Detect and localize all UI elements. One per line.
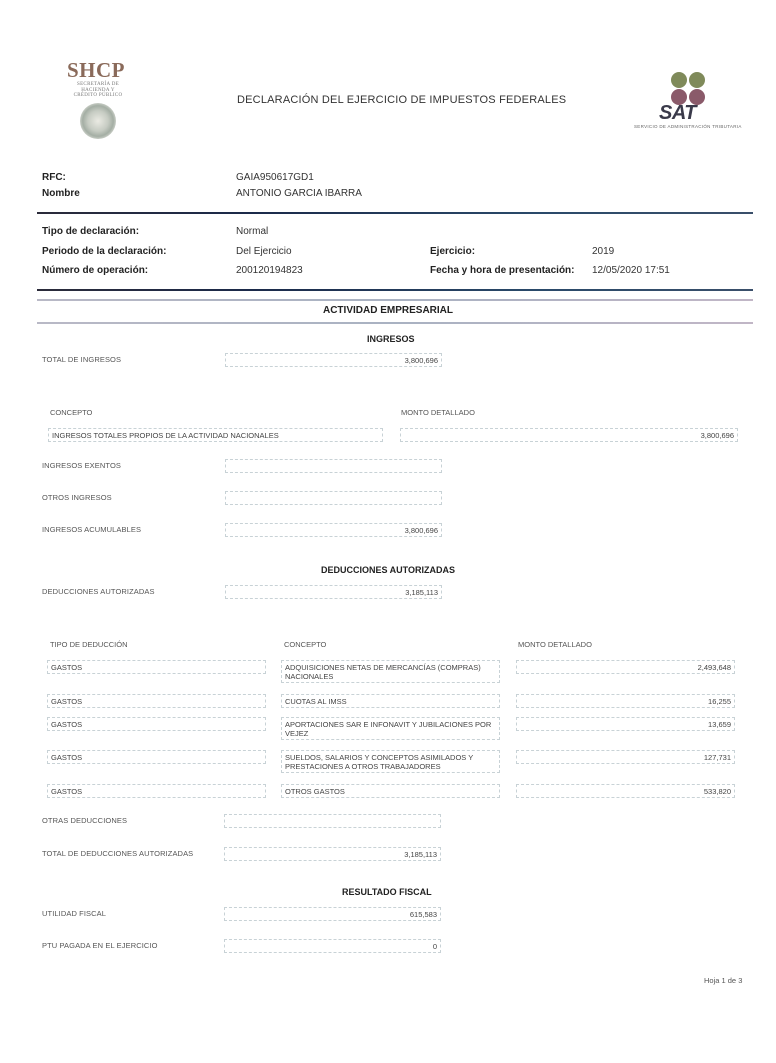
sat-logo-text: SAT xyxy=(659,102,696,125)
rfc-label: RFC: xyxy=(42,172,66,183)
divider xyxy=(37,289,753,291)
deduction-concept-field: OTROS GASTOS xyxy=(281,784,500,798)
submission-date-label: Fecha y hora de presentación: xyxy=(430,265,575,276)
deduction-amount-field: 533,820 xyxy=(516,784,735,798)
concept-header: CONCEPTO xyxy=(50,408,92,417)
deduction-amount-field: 16,255 xyxy=(516,694,735,708)
document-title: DECLARACIÓN DEL EJERCICIO DE IMPUESTOS F… xyxy=(237,94,566,106)
deduction-amount-header: MONTO DETALLADO xyxy=(518,640,592,649)
section-title: ACTIVIDAD EMPRESARIAL xyxy=(0,305,776,316)
deduction-type-field: GASTOS xyxy=(47,750,266,764)
name-label: Nombre xyxy=(42,188,80,199)
rfc-value: GAIA950617GD1 xyxy=(236,172,314,183)
fiscal-year-label: Ejercicio: xyxy=(430,246,475,257)
otras-deducciones-field xyxy=(224,814,441,828)
otros-ingresos-label: OTROS INGRESOS xyxy=(42,493,112,502)
deduction-amount-field: 13,659 xyxy=(516,717,735,731)
total-ingresos-field: 3,800,696 xyxy=(225,353,442,367)
operation-number-value: 200120194823 xyxy=(236,265,303,276)
shcp-logo-text: SHCP xyxy=(67,58,125,83)
otras-deducciones-label: OTRAS DEDUCCIONES xyxy=(42,816,127,825)
submission-date-value: 12/05/2020 17:51 xyxy=(592,265,670,276)
ingresos-exentos-label: INGRESOS EXENTOS xyxy=(42,461,121,470)
deduction-amount-field: 127,731 xyxy=(516,750,735,764)
divider xyxy=(37,299,753,301)
total-ingresos-label: TOTAL DE INGRESOS xyxy=(42,355,121,364)
ingresos-exentos-field xyxy=(225,459,442,473)
deducciones-autorizadas-field: 3,185,113 xyxy=(225,585,442,599)
utilidad-fiscal-label: UTILIDAD FISCAL xyxy=(42,909,106,918)
amount-header: MONTO DETALLADO xyxy=(401,408,475,417)
divider xyxy=(37,322,753,324)
deducciones-autorizadas-label: DEDUCCIONES AUTORIZADAS xyxy=(42,587,155,596)
ingresos-acumulables-label: INGRESOS ACUMULABLES xyxy=(42,525,141,534)
ingreso-concept-field: INGRESOS TOTALES PROPIOS DE LA ACTIVIDAD… xyxy=(48,428,383,442)
ingreso-amount-field: 3,800,696 xyxy=(400,428,738,442)
declaration-type-label: Tipo de declaración: xyxy=(42,226,139,237)
deduction-concept-field: APORTACIONES SAR E INFONAVIT Y JUBILACIO… xyxy=(281,717,500,740)
total-deducciones-field: 3,185,113 xyxy=(224,847,441,861)
deduction-concept-field: ADQUISICIONES NETAS DE MERCANCÍAS (COMPR… xyxy=(281,660,500,683)
agency-name-line: CRÉDITO PÚBLICO xyxy=(62,93,134,99)
fiscal-year-value: 2019 xyxy=(592,246,614,257)
ingresos-title: INGRESOS xyxy=(367,334,415,344)
declaration-type-value: Normal xyxy=(236,226,268,237)
deduction-type-header: TIPO DE DEDUCCIÓN xyxy=(50,640,128,649)
deducciones-title: DEDUCCIONES AUTORIZADAS xyxy=(321,565,455,575)
page-indicator: Hoja 1 de 3 xyxy=(704,976,742,985)
deduction-type-field: GASTOS xyxy=(47,717,266,731)
total-deducciones-label: TOTAL DE DEDUCCIONES AUTORIZADAS xyxy=(42,849,193,858)
deduction-concept-field: SUELDOS, SALARIOS Y CONCEPTOS ASIMILADOS… xyxy=(281,750,500,773)
deduction-type-field: GASTOS xyxy=(47,784,266,798)
deduction-concept-field: CUOTAS AL IMSS xyxy=(281,694,500,708)
deduction-type-field: GASTOS xyxy=(47,694,266,708)
deduction-amount-field: 2,493,648 xyxy=(516,660,735,674)
declaration-period-value: Del Ejercicio xyxy=(236,246,292,257)
ptu-field: 0 xyxy=(224,939,441,953)
operation-number-label: Número de operación: xyxy=(42,265,148,276)
deduction-concept-header: CONCEPTO xyxy=(284,640,326,649)
divider xyxy=(37,212,753,214)
national-seal-icon xyxy=(80,103,116,139)
declaration-period-label: Periodo de la declaración: xyxy=(42,246,166,257)
name-value: ANTONIO GARCIA IBARRA xyxy=(236,188,362,199)
sat-subtitle: SERVICIO DE ADMINISTRACIÓN TRIBUTARIA xyxy=(634,124,742,129)
ingresos-acumulables-field: 3,800,696 xyxy=(225,523,442,537)
shcp-agency-name: SECRETARÍA DE HACIENDA Y CRÉDITO PÚBLICO xyxy=(62,82,134,99)
otros-ingresos-field xyxy=(225,491,442,505)
deduction-type-field: GASTOS xyxy=(47,660,266,674)
ptu-label: PTU PAGADA EN EL EJERCICIO xyxy=(42,941,158,950)
utilidad-fiscal-field: 615,583 xyxy=(224,907,441,921)
resultado-title: RESULTADO FISCAL xyxy=(342,887,432,897)
